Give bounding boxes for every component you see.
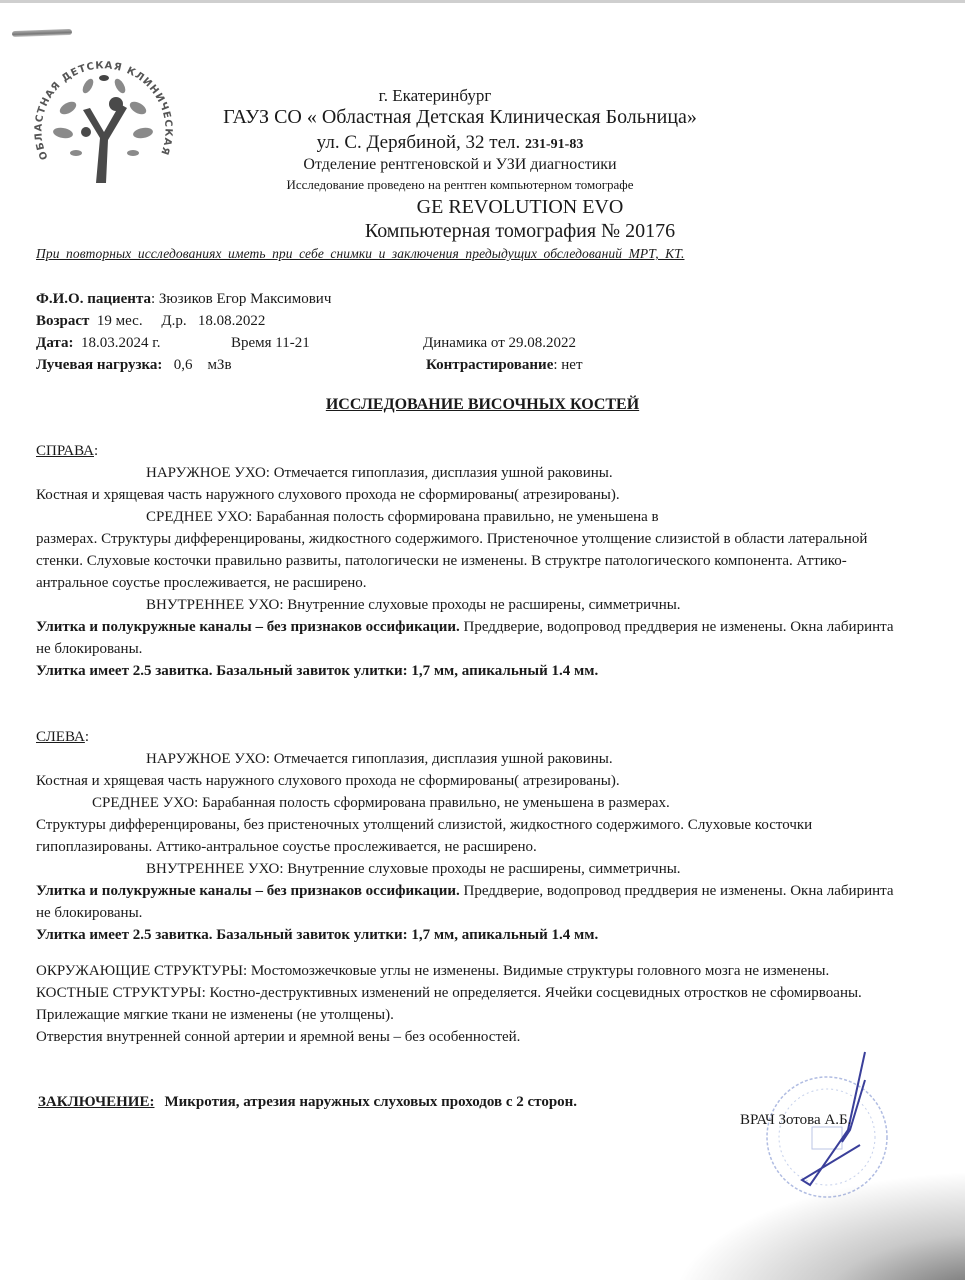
address: ул. С. Дерябиной, 32 тел. 231-91-83 xyxy=(200,132,700,154)
conclusion-text: Микротия, атрезия наружных слуховых прох… xyxy=(164,1094,577,1110)
date-value: 18.03.2024 г. xyxy=(81,335,160,351)
right-middle-ear-1: СРЕДНЕЕ УХО: Барабанная полость сформиро… xyxy=(36,506,896,528)
right-cochlea-bold: Улитка и полукружные каналы – без призна… xyxy=(36,619,460,635)
other-structures-section: ОКРУЖАЮЩИЕ СТРУКТУРЫ: Мостомозжечковые у… xyxy=(36,960,896,1048)
vessels: Отверстия внутренней сонной артерии и яр… xyxy=(36,1026,896,1048)
study-date-row: Дата: 18.03.2024 г. Время 11-21 Динамика… xyxy=(36,335,160,352)
city: г. Екатеринбург xyxy=(195,86,675,106)
age-label: Возраст xyxy=(36,313,89,329)
department: Отделение рентгеновской и УЗИ диагностик… xyxy=(180,156,740,174)
dob-label: Д.р. xyxy=(161,313,186,329)
page-corner-shadow xyxy=(645,1160,965,1280)
patient-name: : Зюзиков Егор Максимович xyxy=(151,291,331,307)
age-value: 19 мес. xyxy=(97,313,143,329)
right-outer-ear-canal: Костная и хрящевая часть наружного слухо… xyxy=(36,484,896,506)
patient-age-row: Возраст 19 мес. Д.р. 18.08.2022 xyxy=(36,313,265,330)
date-label: Дата: xyxy=(36,335,73,351)
ct-number: Компьютерная томография № 20176 xyxy=(200,220,840,243)
left-cochlea-size: Улитка имеет 2.5 завитка. Базальный зави… xyxy=(36,924,896,946)
contrast-value: : нет xyxy=(553,357,582,373)
doctor-signature-line: ВРАЧ Зотова А.Б. xyxy=(740,1112,851,1129)
left-outer-ear-canal: Костная и хрящевая часть наружного слухо… xyxy=(36,770,896,792)
dose-value: 0,6 xyxy=(174,357,193,373)
report-title: ИССЛЕДОВАНИЕ ВИСОЧНЫХ КОСТЕЙ xyxy=(0,396,965,414)
organization: ГАУЗ СО « Областная Детская Клиническая … xyxy=(150,106,770,129)
left-middle-ear-2: Структуры дифференцированы, без пристено… xyxy=(36,814,896,858)
contrast-label: Контрастирование xyxy=(426,357,553,373)
right-outer-ear: НАРУЖНОЕ УХО: Отмечается гипоплазия, дис… xyxy=(36,462,896,484)
patient-name-row: Ф.И.О. пациента: Зюзиков Егор Максимович xyxy=(36,291,331,308)
phone: 231-91-83 xyxy=(525,137,583,152)
page-top-edge xyxy=(0,0,965,3)
left-side-label: СЛЕВА xyxy=(36,729,85,745)
dose-unit: мЗв xyxy=(207,357,231,373)
right-inner-ear: ВНУТРЕННЕЕ УХО: Внутренние слуховые прох… xyxy=(36,594,896,616)
left-inner-ear: ВНУТРЕННЕЕ УХО: Внутренние слуховые прох… xyxy=(36,858,896,880)
bone-structures: КОСТНЫЕ СТРУКТУРЫ: Костно-деструктивных … xyxy=(36,982,896,1026)
left-cochlea: Улитка и полукружные каналы – без призна… xyxy=(36,880,896,924)
right-cochlea-size: Улитка имеет 2.5 завитка. Базальный зави… xyxy=(36,660,896,682)
study-time: Время 11-21 xyxy=(231,335,310,352)
dynamics: Динамика от 29.08.2022 xyxy=(423,335,576,352)
surrounding-structures: ОКРУЖАЮЩИЕ СТРУКТУРЫ: Мостомозжечковые у… xyxy=(36,960,896,982)
study-note: Исследование проведено на рентген компью… xyxy=(180,177,740,193)
left-outer-ear: НАРУЖНОЕ УХО: Отмечается гипоплазия, дис… xyxy=(36,748,896,770)
right-side-label: СПРАВА xyxy=(36,443,94,459)
reminder-note: При повторных исследованиях иметь при се… xyxy=(36,246,881,262)
right-middle-ear-2: размерах. Структуры дифференцированы, жи… xyxy=(36,528,896,594)
device-name: GE REVOLUTION EVO xyxy=(200,196,840,219)
radiation-dose-row: Лучевая нагрузка: 0,6 мЗв Контрастирован… xyxy=(36,357,232,374)
left-side-section: СЛЕВА: НАРУЖНОЕ УХО: Отмечается гипоплаз… xyxy=(36,726,896,946)
patient-name-label: Ф.И.О. пациента xyxy=(36,291,151,307)
right-side-section: СПРАВА: НАРУЖНОЕ УХО: Отмечается гипопла… xyxy=(36,440,896,682)
address-text: ул. С. Дерябиной, 32 тел. xyxy=(317,132,521,153)
right-cochlea: Улитка и полукружные каналы – без призна… xyxy=(36,616,896,660)
left-middle-ear-1: СРЕДНЕЕ УХО: Барабанная полость сформиро… xyxy=(36,792,896,814)
conclusion: ЗАКЛЮЧЕНИЕ:Микротия, атрезия наружных сл… xyxy=(38,1094,577,1111)
dose-label: Лучевая нагрузка: xyxy=(36,357,162,373)
dob-value: 18.08.2022 xyxy=(198,313,266,329)
conclusion-label: ЗАКЛЮЧЕНИЕ: xyxy=(38,1094,154,1110)
left-cochlea-bold: Улитка и полукружные каналы – без призна… xyxy=(36,883,460,899)
paper-clip-mark xyxy=(12,29,72,37)
